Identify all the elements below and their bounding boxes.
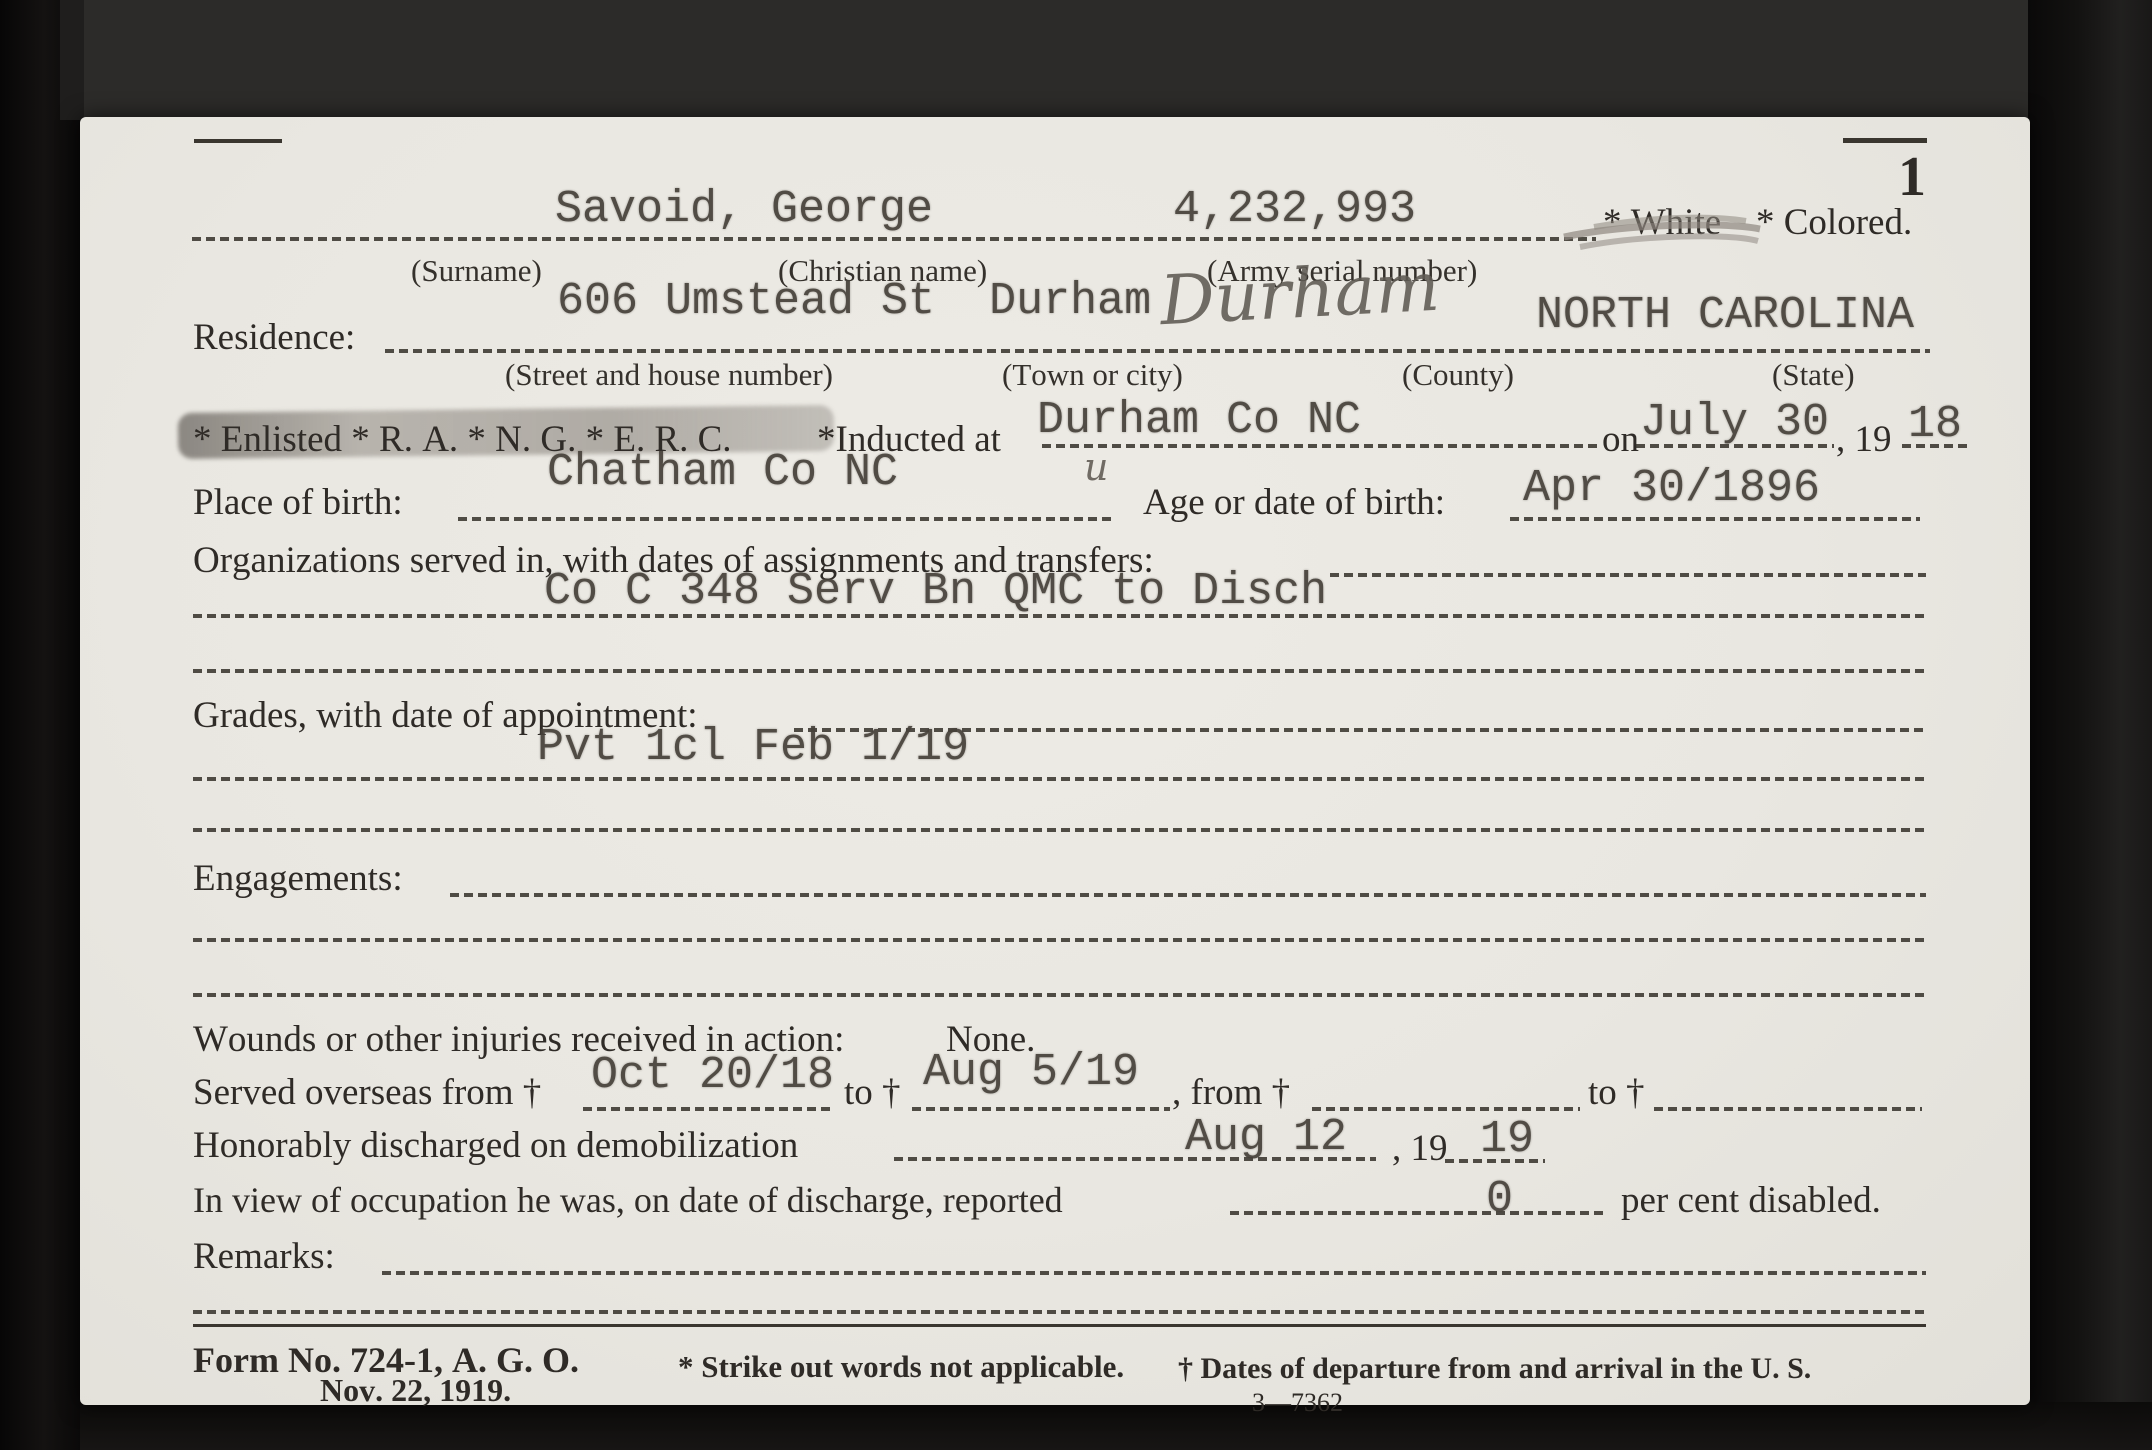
overseas-from2-label: , from † <box>1172 1073 1290 1114</box>
name-row-dotted-line <box>192 237 1596 241</box>
state-label: (State) <box>1772 357 1855 393</box>
grades-dotted-line-3 <box>193 828 1926 832</box>
birth-date-value: Apr 30/1896 <box>1523 466 1820 511</box>
induction-date-dotted-line <box>1636 444 1834 448</box>
induction-year-value: 18 <box>1908 402 1962 447</box>
overseas-to1-dotted-line <box>912 1107 1170 1111</box>
form-date: Nov. 22, 1919. <box>320 1373 511 1408</box>
disability-dotted-line <box>1230 1211 1608 1215</box>
organizations-dotted-line-2 <box>193 614 1926 618</box>
engagements-dotted-line-2 <box>193 938 1926 942</box>
year-19-prefix: , 19 <box>1836 420 1892 461</box>
county-handwritten-value: Durham <box>1158 248 1441 342</box>
scan-background-left-top <box>60 0 84 120</box>
soldier-name: Savoid, George <box>555 187 933 232</box>
discharge-year-value: 19 <box>1480 1117 1534 1162</box>
residence-street-city-value: 606 Umstead St Durham <box>557 279 1151 324</box>
organizations-dotted-line-1 <box>1330 573 1926 577</box>
remarks-label: Remarks: <box>193 1237 335 1278</box>
scan-background-left <box>0 0 80 1450</box>
place-of-birth-label: Place of birth: <box>193 483 403 524</box>
army-serial-number: 4,232,993 <box>1173 187 1416 232</box>
scanned-service-record: 1 Savoid, George 4,232,993 * White * Col… <box>0 0 2152 1450</box>
disability-label: In view of occupation he was, on date of… <box>193 1181 1063 1221</box>
overseas-from1-value: Oct 20/18 <box>591 1053 834 1098</box>
birth-place-dotted-line <box>458 517 1113 521</box>
grades-dotted-line-2 <box>193 777 1926 781</box>
discharge-year-dotted-line <box>1445 1159 1545 1163</box>
birth-place-value: Chatham Co NC <box>547 450 898 495</box>
residence-label: Residence: <box>193 318 355 359</box>
scan-background-top <box>60 0 2152 120</box>
scan-background-right <box>2028 0 2152 1450</box>
dagger-footnote: † Dates of departure from and arrival in… <box>1178 1352 1811 1385</box>
overseas-to2-dotted-line <box>1654 1107 1922 1111</box>
on-label: on <box>1602 420 1639 461</box>
pencil-strike-over-white <box>1560 197 1770 259</box>
county-label: (County) <box>1402 357 1514 393</box>
induction-date-value: July 30 <box>1640 400 1829 445</box>
overseas-to1-label: to † <box>844 1073 901 1114</box>
scan-background-bottom <box>0 1402 2152 1450</box>
street-number-label: (Street and house number) <box>505 357 833 393</box>
town-city-label: (Town or city) <box>1002 357 1183 393</box>
engagements-dotted-line-3 <box>193 993 1926 997</box>
surname-label: (Surname) <box>411 253 542 289</box>
strike-out-footnote: * Strike out words not applicable. <box>678 1350 1124 1384</box>
disability-suffix-label: per cent disabled. <box>1621 1181 1881 1222</box>
residence-dotted-line <box>385 349 1930 353</box>
overseas-to1-value: Aug 5/19 <box>923 1050 1139 1095</box>
page-number: 1 <box>1898 145 1926 209</box>
race-colored: * Colored. <box>1756 203 1912 244</box>
induction-year-dotted-line <box>1902 444 1968 448</box>
print-code: 3—7362 <box>1252 1389 1343 1418</box>
inducted-place-value: Durham Co NC <box>1037 398 1361 443</box>
top-right-tick-mark <box>1843 138 1927 143</box>
age-date-of-birth-label: Age or date of birth: <box>1143 483 1445 524</box>
discharge-year-prefix: , 19 <box>1392 1129 1448 1170</box>
overseas-from2-dotted-line <box>1312 1107 1580 1111</box>
engagements-dotted-line-1 <box>450 893 1926 897</box>
engagements-label: Engagements: <box>193 859 403 900</box>
state-value: NORTH CAROLINA <box>1536 293 1914 338</box>
discharge-label: Honorably discharged on demobilization <box>193 1126 798 1167</box>
inducted-place-dotted-line <box>1042 444 1598 448</box>
discharge-date-value: Aug 12 <box>1185 1115 1347 1160</box>
overseas-to2-label: to † <box>1588 1073 1645 1114</box>
overseas-from1-dotted-line <box>583 1107 835 1111</box>
top-left-tick-mark <box>194 139 282 143</box>
disability-percent-value: 0 <box>1486 1177 1513 1222</box>
grades-value: Pvt 1cl Feb 1/19 <box>537 725 969 770</box>
handwritten-u-note: u <box>1084 445 1108 489</box>
service-record-card: 1 Savoid, George 4,232,993 * White * Col… <box>80 117 2030 1405</box>
footer-solid-rule <box>193 1324 1926 1327</box>
organizations-value: Co C 348 Serv Bn QMC to Disch <box>544 569 1327 614</box>
footer-dotted-line <box>193 1310 1926 1314</box>
organizations-dotted-line-3 <box>193 669 1926 673</box>
served-overseas-label: Served overseas from † <box>193 1073 541 1114</box>
remarks-dotted-line <box>382 1271 1926 1275</box>
birth-date-dotted-line <box>1510 517 1920 521</box>
